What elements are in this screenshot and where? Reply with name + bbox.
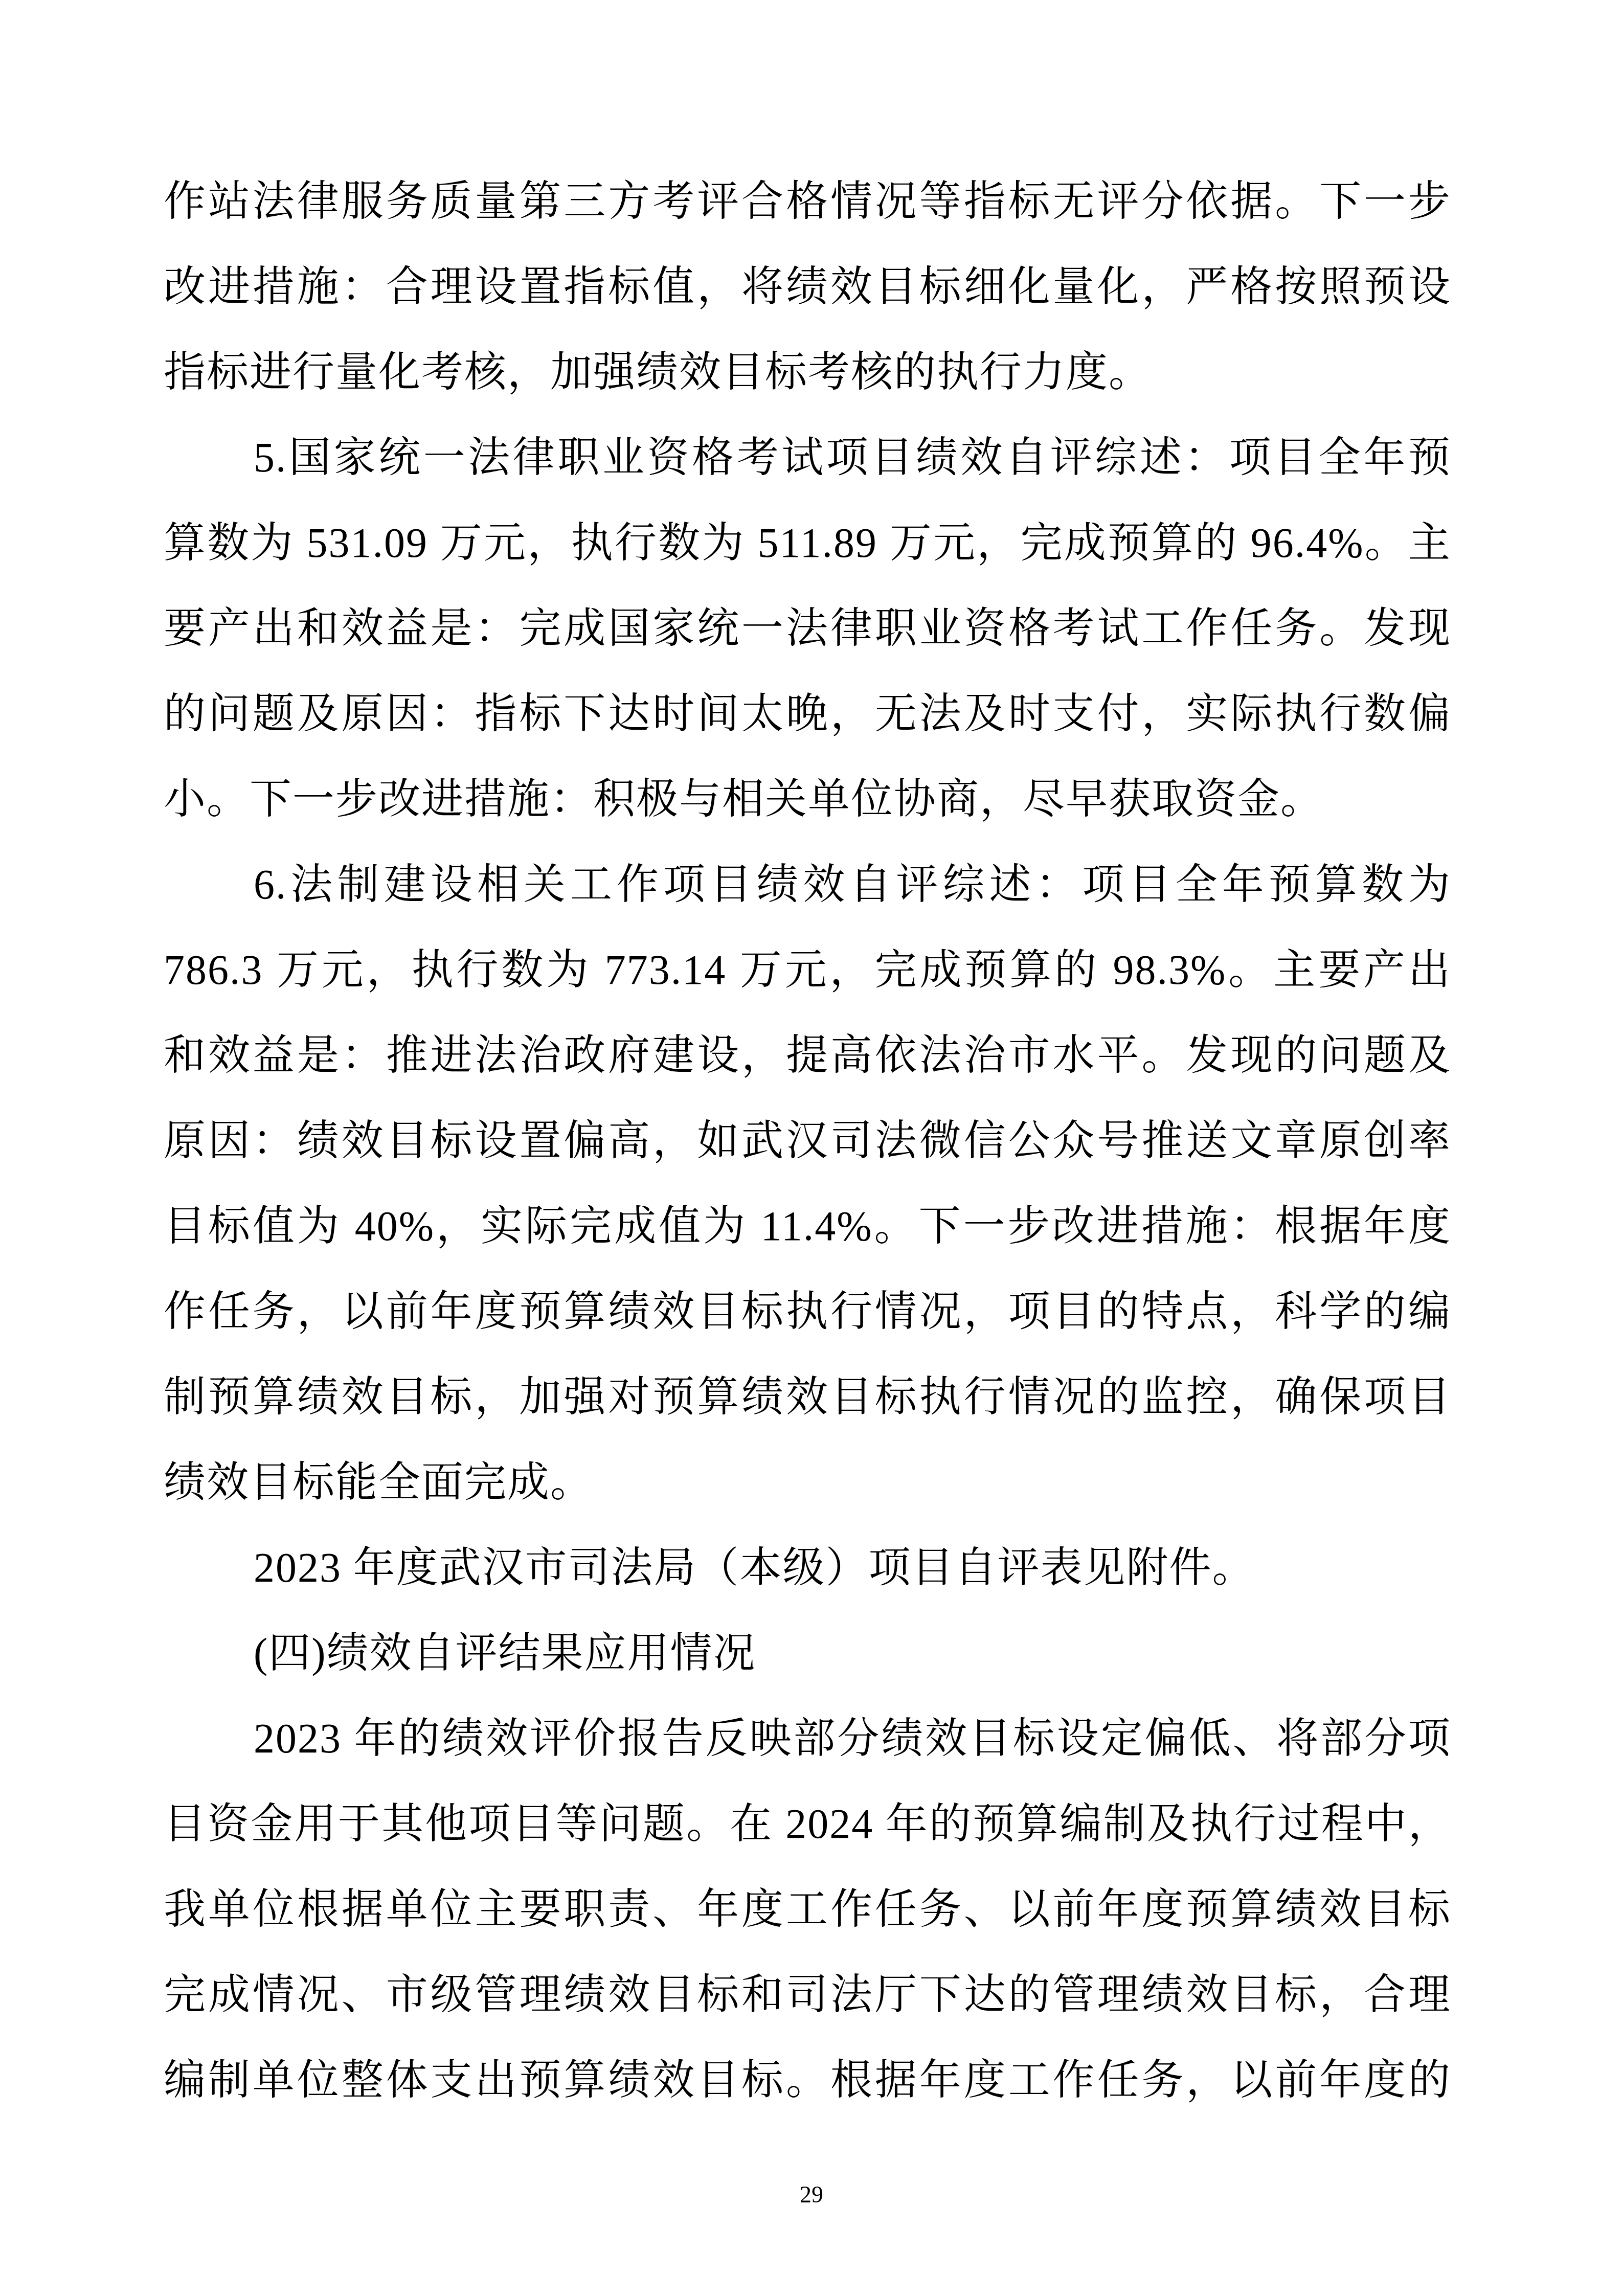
text-line: 的问题及原因：指标下达时间太晚，无法及时支付，实际执行数偏	[164, 671, 1451, 756]
text-line: 我单位根据单位主要职责、年度工作任务、以前年度预算绩效目标	[164, 1866, 1451, 1952]
text-line: 作任务，以前年度预算绩效目标执行情况，项目的特点，科学的编	[164, 1269, 1451, 1354]
text-line: 完成情况、市级管理绩效目标和司法厅下达的管理绩效目标，合理	[164, 1952, 1451, 2037]
text-line: 786.3 万元，执行数为 773.14 万元，完成预算的 98.3%。主要产出	[164, 927, 1451, 1012]
text-line: 2023 年的绩效评价报告反映部分绩效目标设定偏低、将部分项	[164, 1696, 1451, 1781]
text-line: 要产出和效益是：完成国家统一法律职业资格考试工作任务。发现	[164, 586, 1451, 671]
text-line: 制预算绩效目标，加强对预算绩效目标执行情况的监控，确保项目	[164, 1354, 1451, 1439]
text-line: 算数为 531.09 万元，执行数为 511.89 万元，完成预算的 96.4%…	[164, 500, 1451, 586]
text-line: 指标进行量化考核，加强绩效目标考核的执行力度。	[164, 329, 1451, 415]
text-block: 作站法律服务质量第三方考评合格情况等指标无评分依据。下一步改进措施：合理设置指标…	[164, 159, 1451, 2123]
section-heading: (四)绩效自评结果应用情况	[164, 1610, 1451, 1696]
text-line: 小。下一步改进措施：积极与相关单位协商，尽早获取资金。	[164, 756, 1451, 842]
document-page: 作站法律服务质量第三方考评合格情况等指标无评分依据。下一步改进措施：合理设置指标…	[0, 0, 1623, 2296]
text-line: 原因：绩效目标设置偏高，如武汉司法微信公众号推送文章原创率	[164, 1098, 1451, 1183]
text-line: 编制单位整体支出预算绩效目标。根据年度工作任务，以前年度的	[164, 2037, 1451, 2123]
text-line: 作站法律服务质量第三方考评合格情况等指标无评分依据。下一步	[164, 159, 1451, 244]
text-line: 目资金用于其他项目等问题。在 2024 年的预算编制及执行过程中，	[164, 1781, 1451, 1866]
text-line: 5.国家统一法律职业资格考试项目绩效自评综述：项目全年预	[164, 415, 1451, 500]
text-line: 2023 年度武汉市司法局（本级）项目自评表见附件。	[164, 1525, 1451, 1610]
page-number: 29	[0, 2179, 1623, 2210]
text-line: 和效益是：推进法治政府建设，提高依法治市水平。发现的问题及	[164, 1012, 1451, 1098]
text-line: 6.法制建设相关工作项目绩效自评综述：项目全年预算数为	[164, 842, 1451, 927]
text-line: 绩效目标能全面完成。	[164, 1439, 1451, 1525]
text-line: 目标值为 40%，实际完成值为 11.4%。下一步改进措施：根据年度工	[164, 1183, 1451, 1269]
text-line: 改进措施：合理设置指标值，将绩效目标细化量化，严格按照预设	[164, 244, 1451, 329]
